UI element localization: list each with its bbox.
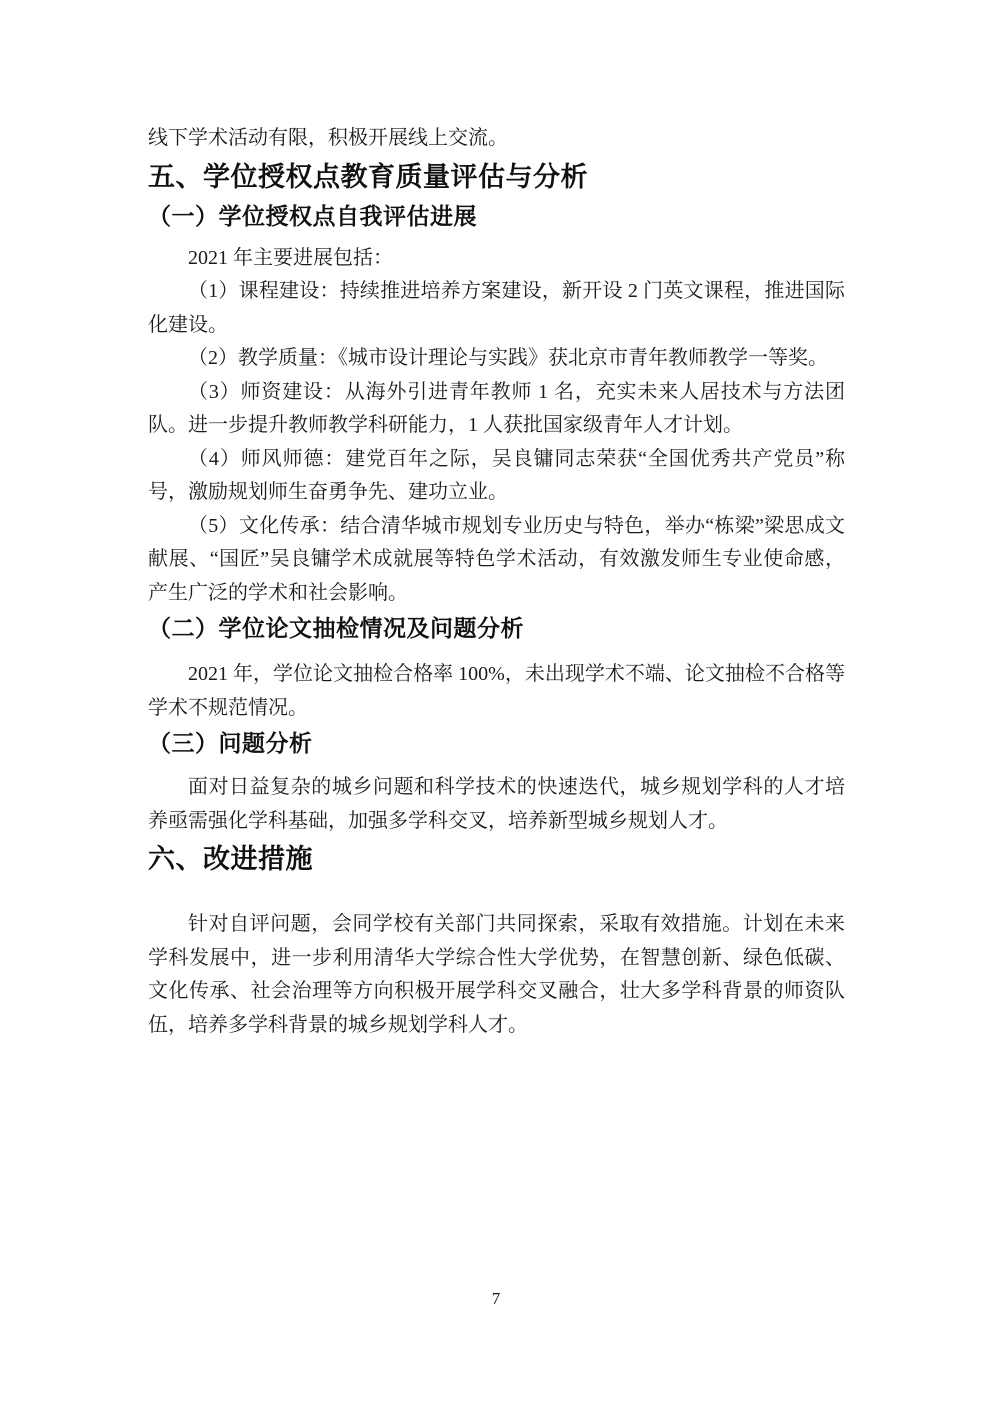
progress-item-1: （1）课程建设：持续推进培养方案建设，新开设 2 门英文课程，推进国际化建设。 (148, 275, 845, 342)
progress-item-4: （4）师风师德：建党百年之际，吴良镛同志荣获“全国优秀共产党员”称号，激励规划师… (148, 443, 845, 510)
progress-item-2: （2）教学质量：《城市设计理论与实践》获北京市青年教师教学一等奖。 (148, 342, 845, 376)
section-5-heading: 五、学位授权点教育质量评估与分析 (148, 156, 845, 198)
thesis-check-paragraph: 2021 年，学位论文抽检合格率 100%，未出现学术不端、论文抽检不合格等学术… (148, 658, 845, 725)
improvement-measures-paragraph: 针对自评问题，会同学校有关部门共同探索，采取有效措施。计划在未来学科发展中，进一… (148, 908, 845, 1042)
page-number: 7 (0, 1289, 992, 1309)
section-5-sub-3-heading: （三）问题分析 (148, 725, 845, 761)
problem-analysis-paragraph: 面对日益复杂的城乡问题和科学技术的快速迭代，城乡规划学科的人才培养亟需强化学科基… (148, 771, 845, 838)
section-5-sub-1-heading: （一）学位授权点自我评估进展 (148, 198, 845, 234)
progress-item-5: （5）文化传承：结合清华城市规划专业历史与特色，举办“栋梁”梁思成文献展、“国匠… (148, 510, 845, 611)
progress-item-3: （3）师资建设：从海外引进青年教师 1 名，充实未来人居技术与方法团队。进一步提… (148, 376, 845, 443)
progress-intro-paragraph: 2021 年主要进展包括： (148, 242, 845, 276)
continuation-paragraph: 线下学术活动有限，积极开展线上交流。 (148, 122, 845, 156)
document-page: 线下学术活动有限，积极开展线上交流。 五、学位授权点教育质量评估与分析 （一）学… (0, 0, 992, 1403)
section-5-sub-2-heading: （二）学位论文抽检情况及问题分析 (148, 610, 845, 646)
section-6-heading: 六、改进措施 (148, 838, 845, 880)
